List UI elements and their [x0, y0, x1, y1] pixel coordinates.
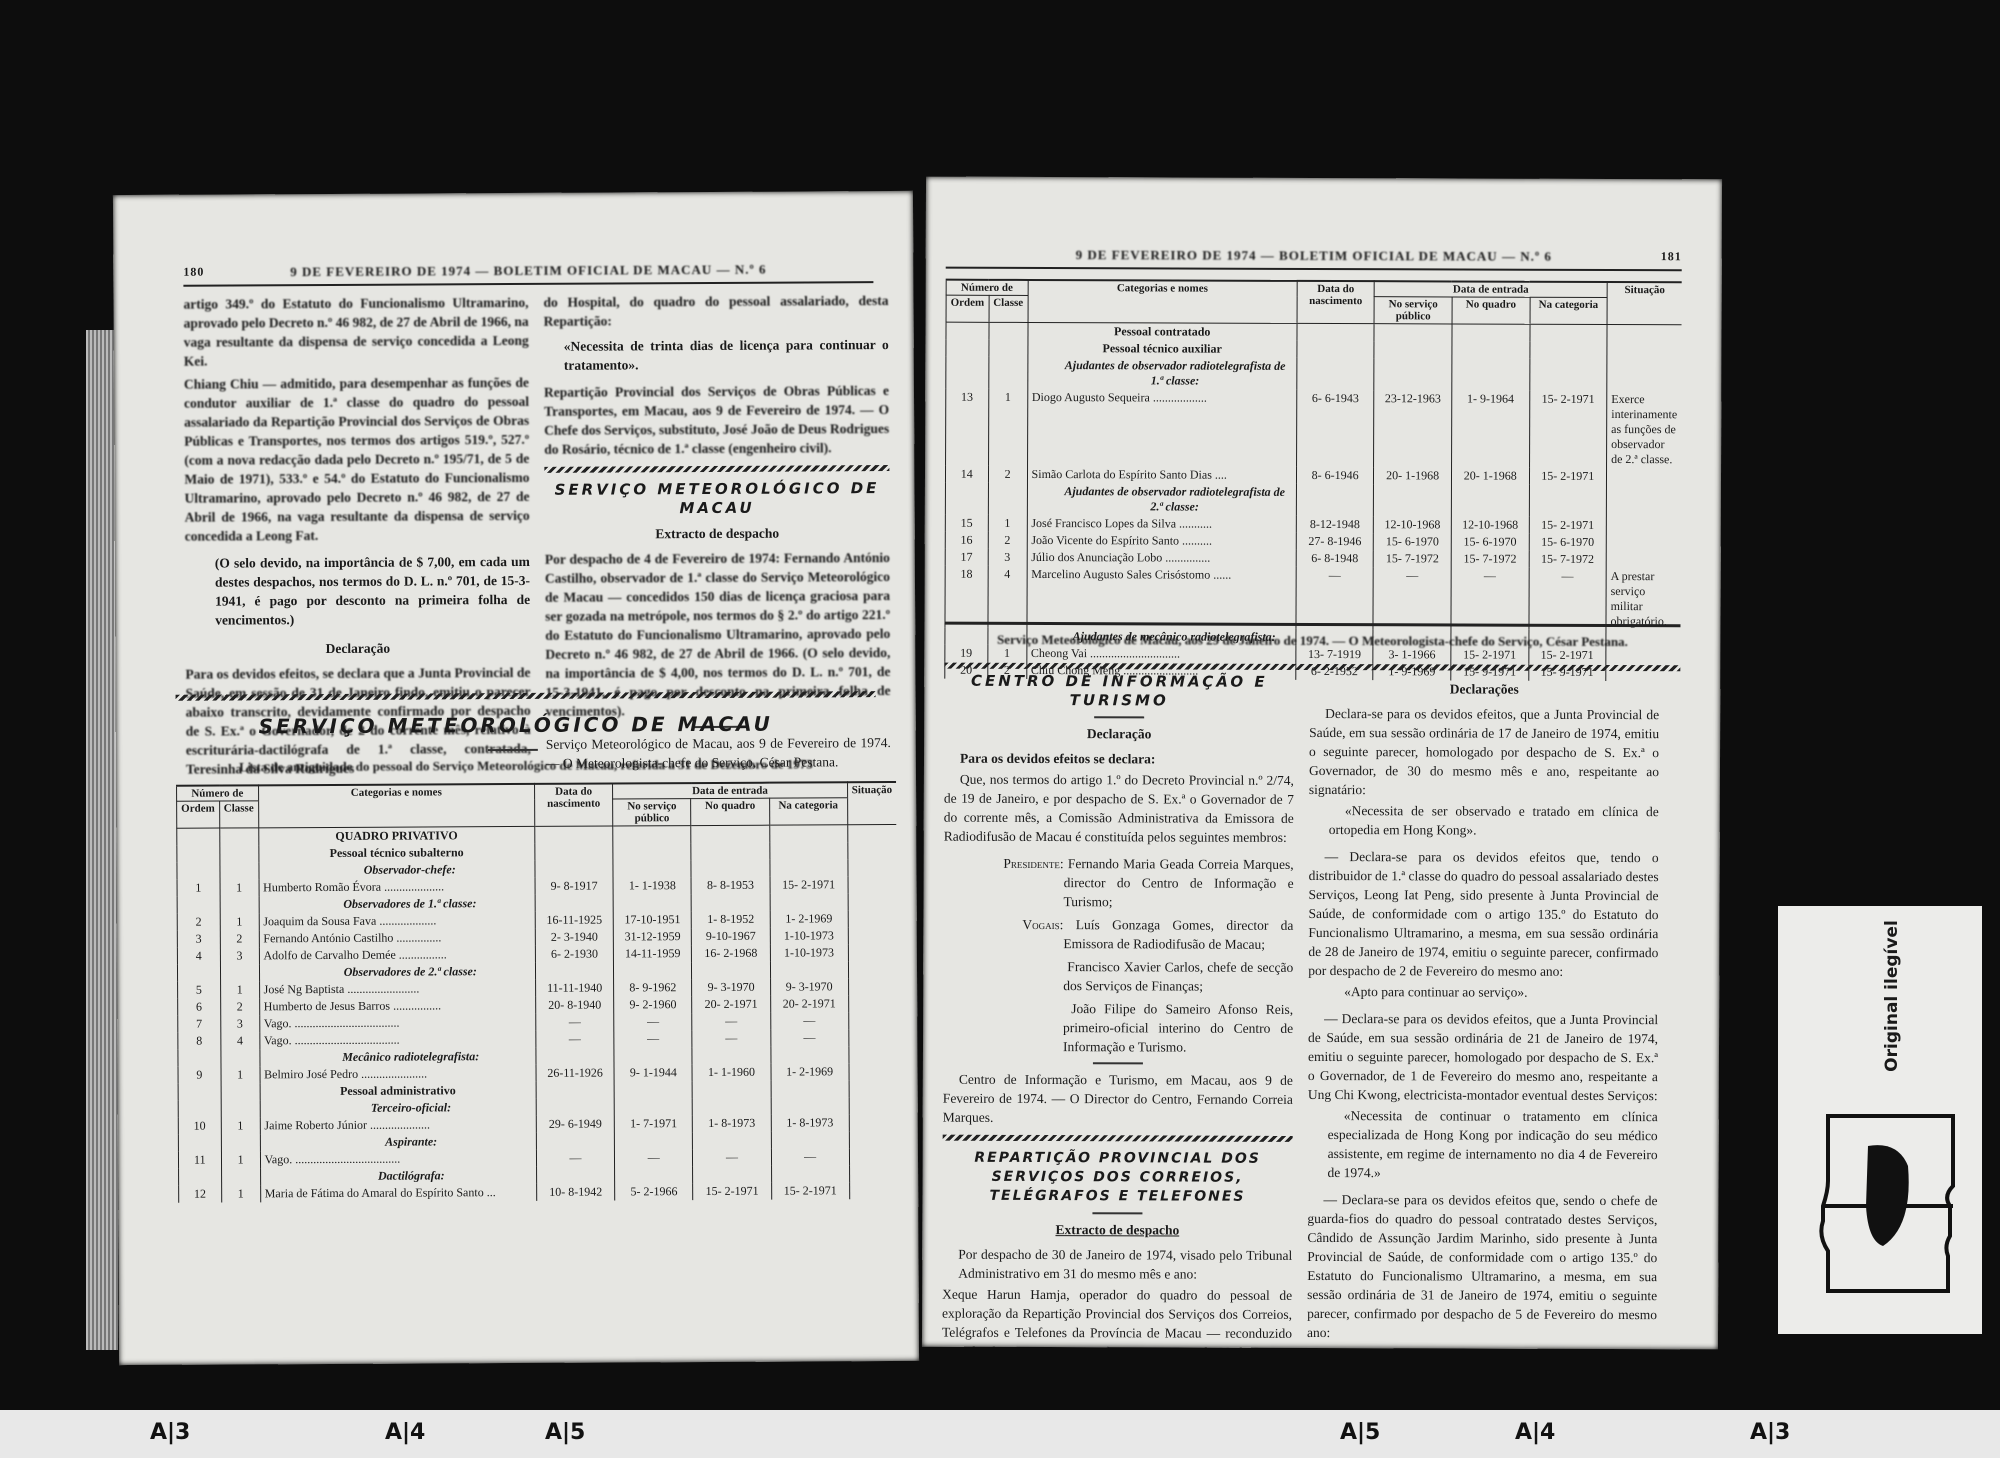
cell-public-service-date: 12-10-1968 — [1374, 516, 1452, 533]
film-strip — [0, 1410, 2000, 1458]
quote: «Necessita de continuar o tratamento em … — [1328, 1106, 1658, 1183]
undefined — [691, 843, 769, 860]
category-heading: Ajudantes de observador radiotelegrafist… — [1027, 357, 1296, 390]
cell-name: Vago. ..................................… — [260, 1150, 536, 1168]
cell-category-date: 15- 2-1971 — [1529, 517, 1606, 534]
cell-ordem: 4 — [177, 948, 220, 965]
cell-classe — [989, 340, 1028, 357]
cell-public-service-date: — — [1373, 567, 1451, 629]
paragraph: (O selo devido, na importância de $ 7,00… — [215, 552, 530, 630]
undefined — [536, 1166, 614, 1183]
cell-name: Vago. ..................................… — [259, 1031, 535, 1049]
header-nascimento: Data do nascimento — [534, 783, 612, 826]
header-situacao: Situação — [1607, 282, 1682, 325]
cell-birth-date: 20- 8-1940 — [536, 996, 614, 1013]
undefined — [613, 843, 691, 860]
cell-ordem: 11 — [178, 1152, 221, 1169]
cell-public-service-date: 17-10-1951 — [613, 911, 691, 928]
cell-ordem — [177, 846, 220, 863]
header-categoria: Na categoria — [769, 798, 847, 825]
cell-staff-date: 15- 6-1970 — [1451, 533, 1529, 550]
cell-classe — [989, 322, 1028, 340]
table-row: 131Diogo Augusto Sequeira ..............… — [946, 389, 1682, 469]
cell-situacao — [847, 825, 896, 843]
group-heading: QUADRO PRIVATIVO — [258, 826, 534, 845]
cell-public-service-date: 14-11-1959 — [614, 945, 692, 962]
group-heading: Pessoal contratado — [1028, 322, 1297, 340]
undefined — [535, 843, 613, 860]
undefined — [614, 1098, 692, 1115]
cell-ordem: 3 — [177, 931, 220, 948]
heading: Declaração — [185, 638, 530, 659]
cell-ordem — [177, 828, 220, 846]
cell-birth-date: 8- 6-1946 — [1296, 467, 1373, 484]
table-row: Ajudantes de observador radiotelegrafist… — [945, 483, 1681, 518]
cell-birth-date: 10- 8-1942 — [537, 1183, 615, 1200]
cell-ordem: 2 — [177, 914, 220, 931]
header-situacao: Situação — [847, 782, 896, 825]
undefined — [1530, 342, 1607, 359]
header-nascimento: Data do nascimento — [1297, 281, 1375, 324]
cell-ordem — [946, 322, 989, 340]
cell-name: Humberto de Jesus Barros ...............… — [259, 997, 535, 1015]
left-column-2: do Hospital, do quadro do pessoal assala… — [543, 291, 891, 773]
cell-situacao — [849, 1097, 898, 1114]
quote: «Necessita de trinta dias de licença par… — [564, 335, 889, 375]
undefined — [693, 1098, 771, 1115]
undefined — [692, 962, 770, 979]
member-item: Vogais: Luís Gonzaga Gomes, director da … — [943, 915, 1293, 954]
member-item: Presidente: Fernando Maria Geada Correia… — [943, 854, 1293, 912]
cell-situacao — [849, 1182, 898, 1199]
cell-classe: 2 — [220, 998, 259, 1015]
cell-ordem — [177, 897, 220, 914]
book-page-edges — [86, 330, 118, 1350]
cell-public-service-date: 1- 1-1938 — [613, 877, 691, 894]
member-role: Presidente: — [984, 854, 1064, 873]
cell-situacao — [849, 1165, 898, 1182]
cell-classe: 3 — [988, 549, 1027, 566]
undefined — [535, 894, 613, 911]
cell-situacao — [848, 859, 897, 876]
paragraph: Chiang Chiu — admitido, para desempenhar… — [184, 373, 530, 546]
category-heading: Ajudantes de observador radiotelegrafist… — [1027, 483, 1296, 516]
right-page: 9 DE FEVEREIRO DE 1974 — BOLETIM OFICIAL… — [922, 177, 1722, 1350]
cell-staff-date: — — [1451, 567, 1529, 629]
cell-situacao — [1606, 534, 1681, 551]
cell-category-date: — — [771, 1148, 849, 1165]
cell-classe: 1 — [220, 981, 259, 998]
undefined — [536, 1081, 614, 1098]
cell-classe: 3 — [220, 1015, 259, 1032]
cell-classe — [221, 1134, 260, 1151]
cell-category-date: 15- 2-1971 — [770, 876, 848, 893]
cell-staff-date: 1- 1-1960 — [692, 1064, 770, 1081]
cell-name: Vago. ..................................… — [259, 1014, 535, 1032]
cell-ordem: 8 — [178, 1033, 221, 1050]
header-servico: No serviço público — [1374, 297, 1452, 324]
cell-name: Simão Carlota do Espírito Santo Dias ...… — [1027, 466, 1296, 484]
cell-situacao — [849, 1131, 898, 1148]
table-row: Ajudantes de observador radiotelegrafist… — [946, 357, 1682, 392]
undefined — [771, 1131, 849, 1148]
cell-ordem: 10 — [178, 1118, 221, 1135]
cell-staff-date: 8- 8-1953 — [691, 877, 769, 894]
undefined — [771, 1165, 849, 1182]
cell-name: Diogo Augusto Sequeira .................… — [1027, 389, 1297, 467]
cell-public-service-date: 1- 7-1971 — [614, 1115, 692, 1132]
cell-situacao — [849, 1063, 898, 1080]
cell-classe — [220, 862, 259, 879]
film-frame-mark: A|5 — [545, 1420, 585, 1445]
section-title: SERVIÇO METEOROLÓGICO DE MACAU — [544, 479, 889, 519]
cell-category-date: 1- 2-1969 — [770, 910, 848, 927]
cell-ordem — [178, 1101, 221, 1118]
member-list: Presidente: Fernando Maria Geada Correia… — [943, 854, 1294, 1057]
film-frame-mark: A|3 — [150, 1420, 190, 1445]
undefined — [536, 1132, 614, 1149]
cell-public-service-date: 9- 1-1944 — [614, 1064, 692, 1081]
declaration-list: Declara-se para os devidos efeitos, que … — [1307, 704, 1659, 1349]
undefined — [1529, 359, 1607, 391]
divider — [488, 749, 538, 751]
signoff: Repartição Provincial dos Serviços de Ob… — [544, 381, 889, 459]
cell-staff-date: — — [693, 1149, 771, 1166]
paragraph: Xeque Harun Hamja, operador do quadro do… — [942, 1285, 1292, 1350]
divider — [943, 1135, 1293, 1142]
cell-classe: 1 — [221, 1066, 260, 1083]
film-frame-mark: A|4 — [1515, 1420, 1555, 1445]
cell-ordem: 12 — [179, 1186, 222, 1203]
cell-name: João Vicente do Espírito Santo .........… — [1027, 532, 1296, 550]
cell-staff-date: 20- 1-1968 — [1451, 467, 1529, 484]
cell-classe: 2 — [220, 930, 259, 947]
cell-classe — [220, 896, 259, 913]
cell-situacao: A prestar serviço militar obrigatório. — [1606, 568, 1681, 630]
category-heading: Observadores de 2.ª classe: — [259, 963, 535, 981]
cell-birth-date: — — [536, 1013, 614, 1030]
undefined — [536, 1047, 614, 1064]
cell-ordem — [177, 863, 220, 880]
table-row: 121Maria de Fátima do Amaral do Espírito… — [179, 1182, 899, 1203]
cell-staff-date: 9-10-1967 — [692, 928, 770, 945]
cell-birth-date: 29- 6-1949 — [536, 1115, 614, 1132]
cell-ordem — [178, 1050, 221, 1067]
cell-classe: 2 — [988, 466, 1027, 483]
header-quadro: No quadro — [1452, 297, 1530, 324]
undefined — [536, 1098, 614, 1115]
category-heading: Terceiro-oficial: — [260, 1099, 536, 1117]
cell-situacao — [849, 1148, 898, 1165]
cell-birth-date: 8-12-1948 — [1296, 516, 1373, 533]
cell-name: Humberto Romão Évora ...................… — [259, 878, 535, 896]
seniority-table: Número de Categorias e nomes Data do nas… — [176, 781, 898, 1203]
undefined — [535, 826, 613, 844]
category-heading: Observador-chefe: — [259, 861, 535, 879]
cell-category-date: 1-10-1973 — [770, 944, 848, 961]
header-numero: Número de — [177, 785, 259, 801]
cell-staff-date: 15- 7-1972 — [1451, 550, 1529, 567]
cell-birth-date: — — [1296, 567, 1374, 629]
section-title: CENTRO DE INFORMAÇÃO E TURISMO — [944, 672, 1294, 711]
section-title: SERVIÇO METEOROLÓGICO DE MACAU — [116, 711, 916, 739]
undefined — [613, 894, 691, 911]
cell-staff-date: 1- 8-1952 — [692, 911, 770, 928]
cell-name: Fernando António Castilho ..............… — [259, 929, 535, 947]
cell-staff-date: 16- 2-1968 — [692, 945, 770, 962]
cell-situacao — [847, 842, 896, 859]
cell-situacao — [1606, 485, 1681, 517]
cell-name: Marcelino Augusto Sales Crisóstomo .....… — [1027, 566, 1297, 629]
cell-category-date: 20- 2-1971 — [770, 995, 848, 1012]
signoff: Centro de Informação e Turismo, em Macau… — [943, 1070, 1293, 1128]
cell-situacao — [848, 893, 897, 910]
cell-staff-date: 12-10-1968 — [1451, 516, 1529, 533]
list-title: Lista de antiguidade do pessoal do Servi… — [176, 756, 876, 776]
cell-category-date: 15- 2-1971 — [1529, 391, 1607, 468]
cell-ordem: 18 — [945, 566, 988, 628]
cell-category-date: — — [770, 1029, 848, 1046]
film-frame-mark: A|3 — [1750, 1420, 1790, 1445]
paragraph: artigo 349.º do Estatuto do Funcionalism… — [183, 293, 528, 371]
heading: Declaração — [944, 724, 1294, 744]
undefined — [1297, 358, 1375, 390]
group-heading: Pessoal técnico auxiliar — [1027, 340, 1296, 358]
undefined — [693, 1132, 771, 1149]
header-classe: Classe — [989, 295, 1028, 322]
quote: «Necessita de ser observado e tratado em… — [1329, 801, 1659, 840]
cell-classe: 4 — [220, 1032, 259, 1049]
right-column-1: CENTRO DE INFORMAÇÃO E TURISMO Declaraçã… — [942, 672, 1295, 1350]
cell-category-date: 15- 2-1971 — [771, 1182, 849, 1199]
cell-category-date: — — [770, 1012, 848, 1029]
undefined — [614, 1047, 692, 1064]
cell-category-date: 9- 3-1970 — [770, 978, 848, 995]
undefined — [1297, 323, 1374, 341]
running-head-text: 9 DE FEVEREIRO DE 1974 — BOLETIM OFICIAL… — [1076, 247, 1552, 264]
cell-classe: 2 — [988, 532, 1027, 549]
cell-classe — [988, 483, 1027, 515]
header-numero: Número de — [946, 280, 1028, 296]
cell-birth-date: 6- 8-1948 — [1296, 550, 1373, 567]
cell-ordem: 1 — [177, 880, 220, 897]
cell-situacao: Exerce interinamente as funções de obser… — [1607, 391, 1682, 468]
left-page: 180 9 DE FEVEREIRO DE 1974 — BOLETIM OFI… — [113, 191, 919, 1365]
heading: Declarações — [1309, 679, 1659, 699]
header-entrada: Data de entrada — [1374, 281, 1607, 297]
undefined — [535, 860, 613, 877]
cell-classe: 1 — [221, 1117, 260, 1134]
table-footer: Serviço Meteorológico de Macau, aos 29 d… — [944, 632, 1680, 651]
cell-situacao — [848, 1029, 897, 1046]
damaged-page-icon — [1808, 1106, 1958, 1306]
cell-staff-date: 20- 2-1971 — [692, 996, 770, 1013]
cell-situacao — [1607, 324, 1682, 342]
cell-situacao — [848, 927, 897, 944]
cell-classe: 1 — [988, 389, 1027, 466]
divider — [1092, 1212, 1142, 1214]
undefined — [769, 825, 847, 843]
cell-classe: 3 — [220, 947, 259, 964]
cell-staff-date: 15- 2-1971 — [693, 1183, 771, 1200]
header-categoria: Na categoria — [1530, 297, 1608, 324]
cell-classe: 1 — [221, 1185, 260, 1202]
declaration-paragraph: — Declara-se para os devidos efeitos, qu… — [1308, 1009, 1658, 1105]
cell-staff-date: — — [692, 1013, 770, 1030]
cell-birth-date: — — [536, 1149, 614, 1166]
group-heading: Pessoal técnico subalterno — [258, 844, 534, 862]
cell-birth-date: 6- 2-1930 — [535, 945, 613, 962]
undefined — [615, 1166, 693, 1183]
running-head: 180 9 DE FEVEREIRO DE 1974 — BOLETIM OFI… — [183, 261, 873, 287]
paragraph: Por despacho de 30 de Janeiro de 1974, v… — [958, 1245, 1292, 1284]
cell-situacao — [848, 944, 897, 961]
undefined — [1451, 484, 1529, 516]
header-categorias: Categorias e nomes — [1028, 280, 1297, 323]
cell-classe — [221, 1100, 260, 1117]
cell-birth-date: — — [536, 1030, 614, 1047]
cell-ordem: 7 — [178, 1016, 221, 1033]
undefined — [615, 1132, 693, 1149]
cell-staff-date: 1- 9-1964 — [1451, 390, 1529, 467]
cell-category-date: 1- 8-1973 — [771, 1114, 849, 1131]
category-heading: Observadores de 1.ª classe: — [259, 895, 535, 913]
cell-ordem: 6 — [178, 999, 221, 1016]
cell-ordem: 16 — [945, 532, 988, 549]
cell-classe: 1 — [220, 913, 259, 930]
member-item: Francisco Xavier Carlos, chefe de secção… — [943, 957, 1293, 996]
undefined — [770, 1046, 848, 1063]
cell-public-service-date: — — [615, 1149, 693, 1166]
undefined — [613, 826, 691, 844]
member-role: Vogais: — [983, 915, 1063, 934]
cell-category-date: 15- 2-1971 — [1529, 468, 1606, 485]
category-heading: Dactilógrafa: — [260, 1167, 536, 1185]
cell-situacao — [848, 961, 897, 978]
cell-classe: 1 — [988, 515, 1027, 532]
cell-classe — [988, 357, 1027, 389]
cell-category-date: — — [1529, 568, 1607, 630]
cell-birth-date: 9- 8-1917 — [535, 877, 613, 894]
undefined — [691, 825, 769, 843]
heading: Extracto de despacho — [942, 1220, 1292, 1240]
cell-category-date: 15- 7-1972 — [1529, 551, 1606, 568]
declaration-paragraph: Declara-se para os devidos efeitos, que … — [1309, 704, 1659, 800]
running-head: 9 DE FEVEREIRO DE 1974 — BOLETIM OFICIAL… — [946, 247, 1682, 272]
undefined — [535, 962, 613, 979]
declaration-paragraph: — Declara-se para os devidos efeitos que… — [1307, 1190, 1658, 1343]
cell-ordem: 9 — [178, 1067, 221, 1084]
undefined — [771, 1097, 849, 1114]
divider — [1094, 716, 1144, 718]
cell-ordem — [945, 483, 988, 515]
cell-situacao — [1607, 342, 1682, 359]
cell-name: José Ng Baptista .......................… — [259, 980, 535, 998]
cell-ordem — [177, 965, 220, 982]
seniority-table-continued: Número de Categorias e nomes Data do nas… — [944, 279, 1681, 682]
header-quadro: No quadro — [691, 798, 769, 825]
cell-classe — [221, 1168, 260, 1185]
cell-classe — [219, 828, 258, 846]
illegible-original-sticker: Original ilegível — [1778, 906, 1982, 1334]
cell-birth-date: 26-11-1926 — [536, 1064, 614, 1081]
right-column-2: Declarações Declara-se para os devidos e… — [1307, 673, 1660, 1349]
undefined — [771, 1080, 849, 1097]
undefined — [1452, 341, 1530, 358]
cell-classe — [219, 845, 258, 862]
header-ordem: Ordem — [946, 295, 989, 322]
undefined — [1452, 324, 1530, 342]
page-number: 180 — [183, 265, 204, 280]
cell-public-service-date: 5- 2-1966 — [615, 1183, 693, 1200]
undefined — [1374, 324, 1452, 342]
undefined — [769, 842, 847, 859]
cell-name: José Francisco Lopes da Silva ..........… — [1027, 515, 1296, 533]
cell-situacao — [848, 876, 897, 893]
cell-name: Belmiro José Pedro .....................… — [260, 1065, 536, 1083]
cell-category-date: 15- 6-1970 — [1529, 534, 1606, 551]
cell-situacao — [1606, 551, 1681, 568]
header-categorias: Categorias e nomes — [258, 784, 535, 828]
cell-ordem — [946, 357, 989, 389]
cell-name: Adolfo de Carvalho Demée ...............… — [259, 946, 535, 964]
undefined — [1374, 358, 1452, 390]
heading: Extracto de despacho — [545, 523, 890, 544]
category-heading: Mecânico radiotelegrafista: — [259, 1048, 535, 1066]
cell-public-service-date: 20- 1-1968 — [1374, 467, 1452, 484]
header-ordem: Ordem — [177, 801, 220, 828]
cell-ordem: 13 — [946, 389, 989, 466]
cell-ordem — [178, 1135, 221, 1152]
left-column-1: artigo 349.º do Estatuto do Funcionalism… — [183, 293, 531, 779]
cell-birth-date: 11-11-1940 — [535, 979, 613, 996]
cell-category-date: 1-10-1973 — [770, 927, 848, 944]
cell-classe — [221, 1083, 260, 1100]
cell-name: Maria de Fátima do Amaral do Espírito Sa… — [260, 1184, 536, 1202]
cell-situacao — [848, 995, 897, 1012]
cell-situacao — [849, 1080, 898, 1097]
undefined — [1297, 341, 1374, 358]
cell-situacao — [848, 910, 897, 927]
header-classe: Classe — [219, 801, 258, 828]
undefined — [769, 859, 847, 876]
divider — [1093, 1062, 1143, 1064]
divider — [544, 465, 889, 473]
group-heading: Pessoal administrativo — [260, 1082, 536, 1100]
paragraph: do Hospital, do quadro do pessoal assala… — [543, 291, 888, 331]
cell-ordem: 15 — [945, 515, 988, 532]
undefined — [693, 1166, 771, 1183]
cell-situacao — [1607, 359, 1682, 391]
cell-ordem: 17 — [945, 549, 988, 566]
cell-classe — [221, 1049, 260, 1066]
undefined — [692, 1047, 770, 1064]
cell-situacao — [849, 1114, 898, 1131]
undefined — [693, 1081, 771, 1098]
cell-public-service-date: — — [614, 1030, 692, 1047]
cell-public-service-date: 15- 6-1970 — [1374, 533, 1452, 550]
table-row: 184Marcelino Augusto Sales Crisóstomo ..… — [945, 566, 1681, 631]
cell-public-service-date: 23-12-1963 — [1374, 390, 1452, 467]
undefined — [613, 860, 691, 877]
declaration-paragraph: — Declara-se para os devidos efeitos que… — [1308, 847, 1658, 981]
film-frame-mark: A|4 — [385, 1420, 425, 1445]
cell-public-service-date: — — [614, 1013, 692, 1030]
cell-situacao — [848, 978, 897, 995]
cell-birth-date: 2- 3-1940 — [535, 928, 613, 945]
undefined — [770, 961, 848, 978]
cell-ordem: 5 — [178, 982, 221, 999]
